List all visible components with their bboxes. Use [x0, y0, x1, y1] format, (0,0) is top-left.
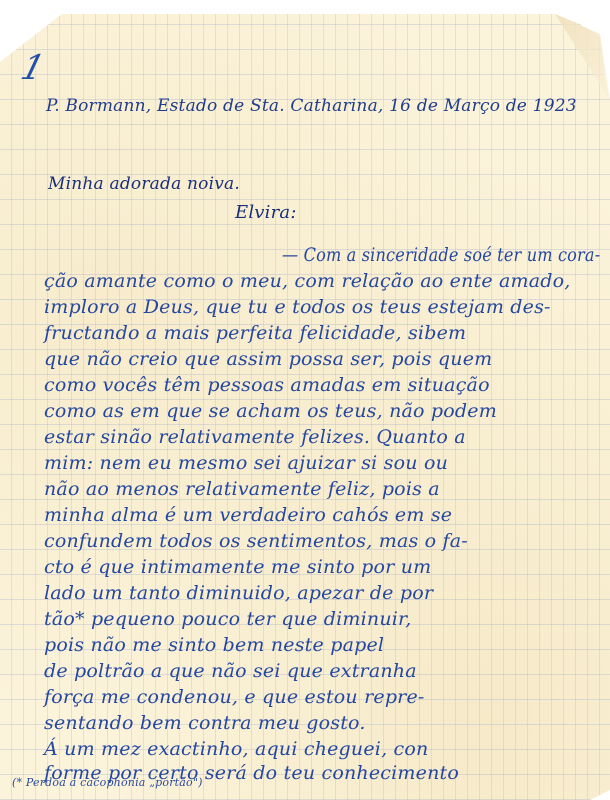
body-line: de poltrão a que não sei que extranha [44, 660, 417, 682]
body-line: imploro a Deus, que tu e todos os teus e… [44, 296, 551, 318]
footnote: (* Perdoa a cacophonia „portão") [12, 776, 203, 789]
body-line: como vocês têm pessoas amadas em situaçã… [44, 374, 490, 396]
body-line: que não creio que assim possa ser, pois … [44, 348, 492, 370]
body-line: fructando a mais perfeita felicidade, si… [44, 322, 466, 344]
body-line: estar sinão relativamente felizes. Quant… [44, 426, 466, 448]
salutation: Minha adorada noiva. [48, 174, 240, 194]
body-line: força me condenou, e que estou repre- [44, 686, 425, 708]
body-line: Á um mez exactinho, aqui cheguei, con [44, 738, 428, 760]
body-line: lado um tanto diminuido, apezar de por [44, 582, 433, 604]
body-line: sentando bem contra meu gosto. [44, 712, 366, 734]
body-line: — Com a sinceridade soé ter um cora- [282, 244, 600, 266]
body-line: cto é que intimamente me sinto por um [44, 556, 431, 578]
body-line: como as em que se acham os teus, não pod… [44, 400, 497, 422]
body-line: não ao menos relativamente feliz, pois a [44, 478, 440, 500]
body-line: minha alma é um verdadeiro cahós em se [44, 504, 452, 526]
body-line: ção amante como o meu, com relação ao en… [44, 270, 571, 292]
body-line: pois não me sinto bem neste papel [44, 634, 384, 656]
body-line: mim: nem eu mesmo sei ajuizar si sou ou [44, 452, 448, 474]
place-and-date: P. Bormann, Estado de Sta. Catharina, 16… [46, 96, 577, 116]
addressee-name: Elvira: [235, 202, 297, 223]
body-line: tão* pequeno pouco ter que diminuir, [44, 608, 411, 630]
body-line: confundem todos os sentimentos, mas o fa… [44, 530, 468, 552]
